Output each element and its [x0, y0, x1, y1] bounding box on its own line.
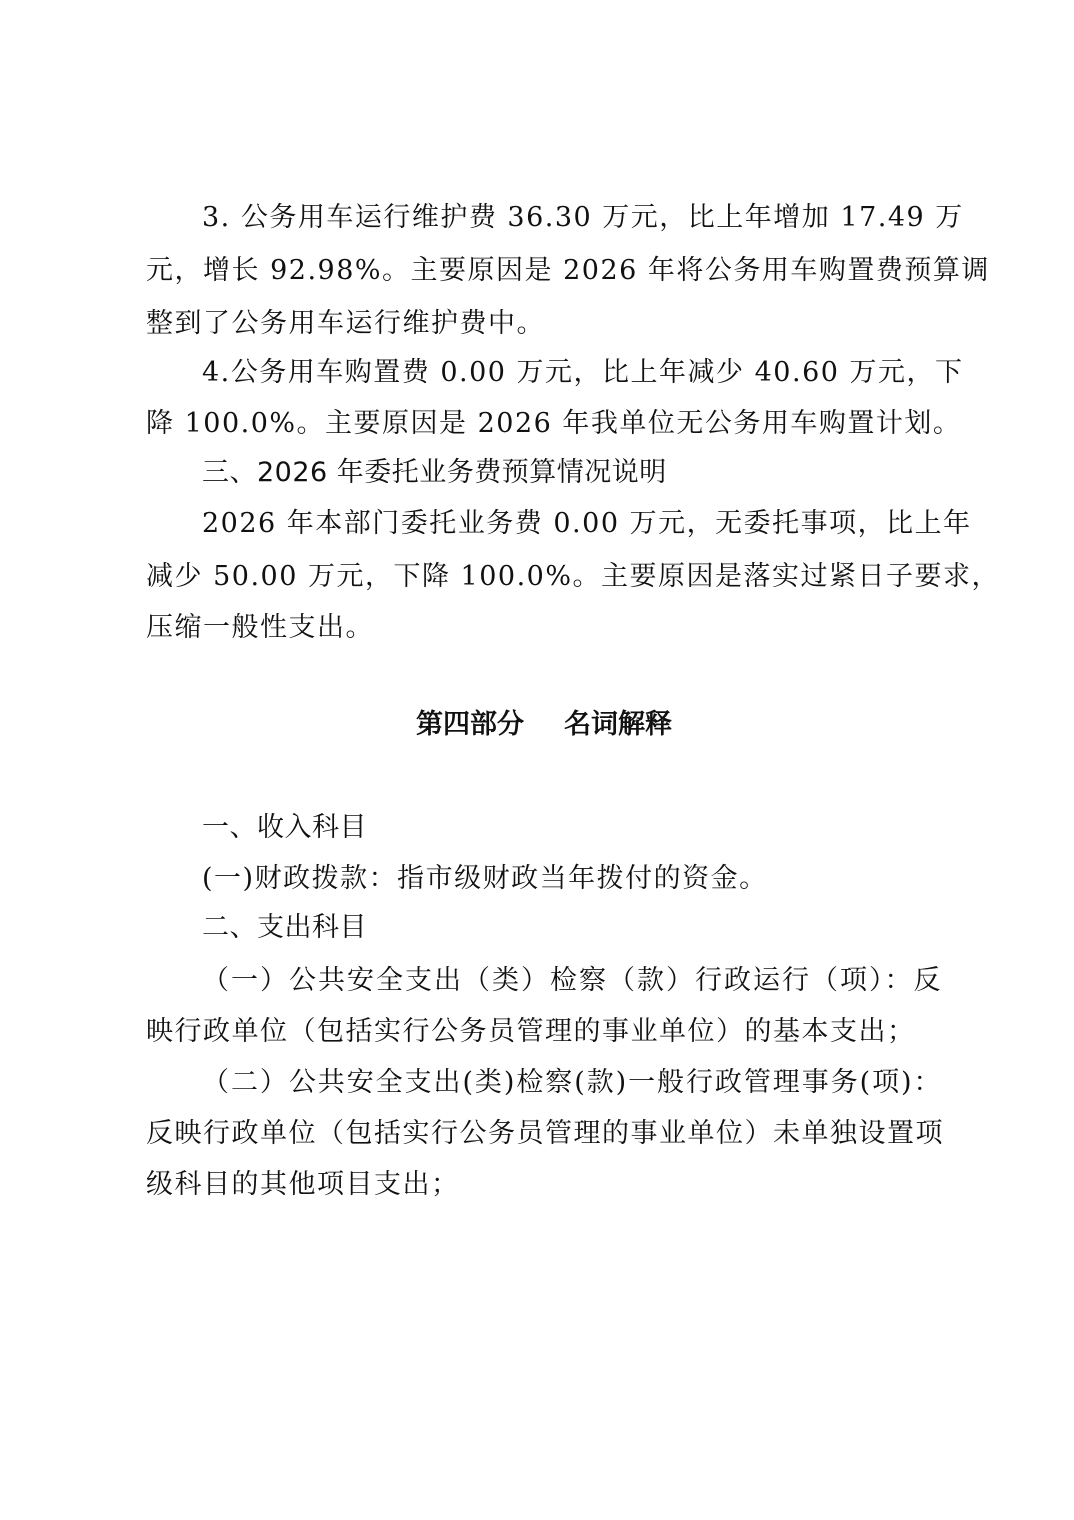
- income-item-1: (一)财政拨款：指市级财政当年拨付的资金。: [202, 862, 942, 896]
- vehicle-purchase-line-2: 降 100.0%。主要原因是 2026 年我单位无公务用车购置计划。: [146, 407, 942, 441]
- entrusted-fee-line-3: 压缩一般性支出。: [146, 611, 942, 645]
- vehicle-maintenance-line-2: 元，增长 92.98%。主要原因是 2026 年将公务用车购置费预算调: [146, 254, 942, 288]
- income-heading: 一、收入科目: [202, 811, 942, 845]
- expense-item-2-line-2: 反映行政单位（包括实行公务员管理的事业单位）未单独设置项: [146, 1117, 942, 1151]
- expense-item-1-line-1: （一）公共安全支出（类）检察（款）行政运行（项）：反: [202, 964, 942, 998]
- expense-item-2-line-3: 级科目的其他项目支出；: [146, 1168, 942, 1202]
- vehicle-purchase-line-1: 4.公务用车购置费 0.00 万元，比上年减少 40.60 万元，下: [202, 356, 942, 390]
- expense-heading: 二、支出科目: [202, 911, 942, 945]
- expense-item-1-line-2: 映行政单位（包括实行公务员管理的事业单位）的基本支出；: [146, 1015, 942, 1049]
- entrusted-fee-line-2: 减少 50.00 万元，下降 100.0%。主要原因是落实过紧日子要求，: [146, 560, 942, 594]
- expense-item-2-line-1: （二）公共安全支出(类)检察(款)一般行政管理事务(项)：: [202, 1066, 942, 1100]
- vehicle-maintenance-line-1: 3. 公务用车运行维护费 36.30 万元，比上年增加 17.49 万: [202, 201, 942, 235]
- entrusted-fee-line-1: 2026 年本部门委托业务费 0.00 万元，无委托事项，比上年: [202, 507, 942, 541]
- vehicle-maintenance-line-3: 整到了公务用车运行维护费中。: [146, 307, 942, 341]
- section-3-heading: 三、2026 年委托业务费预算情况说明: [202, 456, 942, 490]
- part-4-title: 第四部分名词解释: [146, 708, 942, 742]
- part-4-title-right: 名词解释: [564, 709, 672, 740]
- part-4-title-left: 第四部分: [416, 709, 524, 740]
